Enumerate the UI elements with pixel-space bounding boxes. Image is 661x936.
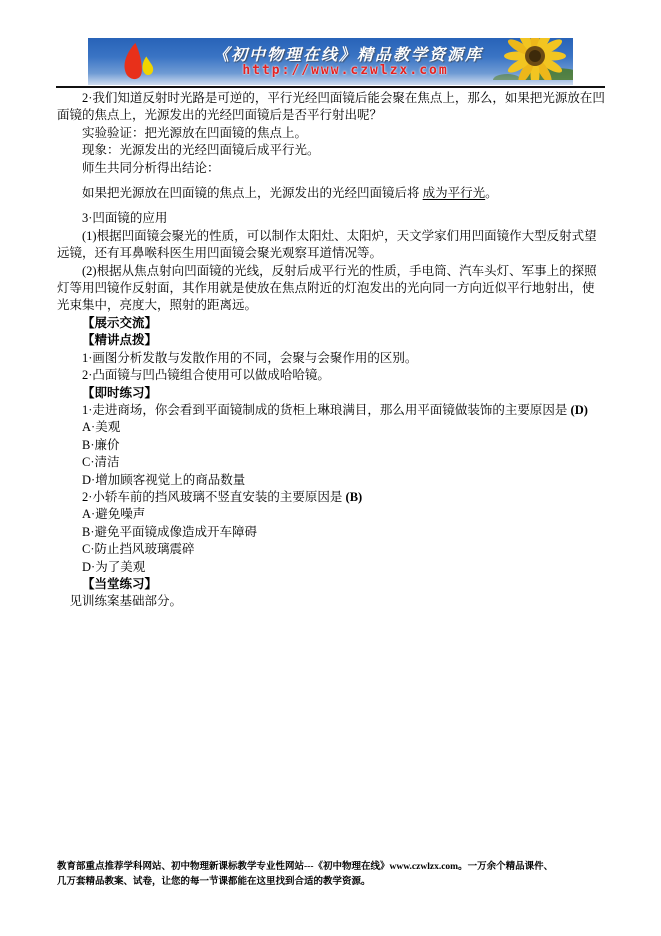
text-segment: 2·小轿车前的挡风玻璃不竖直安装的主要原因是 [82, 490, 346, 504]
banner-url: http://www.czwlzx.com [198, 63, 493, 78]
question-2-option-c: C·防止挡风玻璃震碎 [57, 541, 605, 558]
text-segment: B·廉价 [82, 438, 120, 452]
question-2-option-a: A·避免噪声 [57, 506, 605, 523]
text-segment: 。 [485, 186, 498, 200]
para-conclusion: 如果把光源放在凹面镜的焦点上，光源发出的光经凹面镜后将 成为平行光。 [57, 185, 605, 202]
text-segment: 见训练案基础部分。 [70, 594, 183, 608]
horizontal-rule [56, 86, 605, 88]
heading-zhanshi-jiaoliu: 【展示交流】 [57, 315, 605, 332]
question-1-option-c: C·清洁 [57, 454, 605, 471]
answer-letter: (D) [571, 403, 588, 417]
text-segment: 2·我们知道反射时光路是可逆的，平行光经凹面镜后能会聚在焦点上，那么，如果把光源… [57, 91, 605, 122]
text-segment: C·清洁 [82, 455, 120, 469]
text-segment: 1·画图分析发散与发散作用的不同，会聚与会聚作用的区别。 [82, 351, 417, 365]
text-segment: 3·凹面镜的应用 [82, 211, 167, 225]
heading-jingjiang-dianbo: 【精讲点拨】 [57, 332, 605, 349]
heading-jishi-lianxi: 【即时练习】 [57, 385, 605, 402]
question-1-option-b: B·廉价 [57, 437, 605, 454]
banner-title: 《初中物理在线》精品教学资源库 [188, 42, 508, 65]
text-segment: D·为了美观 [82, 560, 145, 574]
text-segment: 1·走进商场，你会看到平面镜制成的货柜上琳琅满目，那么用平面镜做装饰的主要原因是 [82, 403, 571, 417]
question-1: 1·走进商场，你会看到平面镜制成的货柜上琳琅满目，那么用平面镜做装饰的主要原因是… [57, 402, 605, 419]
sunflower-icon [477, 38, 573, 85]
text-segment: 如果把光源放在凹面镜的焦点上，光源发出的光经凹面镜后将 [82, 186, 423, 200]
text-segment: 【展示交流】 [82, 316, 157, 330]
text-segment: (2)根据从焦点射向凹面镜的光线，反射后成平行光的性质，手电筒、汽车头灯、军事上… [57, 264, 597, 313]
question-1-option-a: A·美观 [57, 419, 605, 436]
text-segment: B·避免平面镜成像造成开车障碍 [82, 525, 257, 539]
question-2: 2·小轿车前的挡风玻璃不竖直安装的主要原因是 (B) [57, 489, 605, 506]
text-segment: 实验验证：把光源放在凹面镜的焦点上。 [82, 126, 307, 140]
text-segment: D·增加顾客视觉上的商品数量 [82, 473, 245, 487]
question-2-option-b: B·避免平面镜成像造成开车障碍 [57, 524, 605, 541]
text-segment: 【当堂练习】 [82, 577, 157, 591]
text-segment: 【即时练习】 [82, 386, 157, 400]
text-segment: 师生共同分析得出结论： [82, 161, 220, 175]
heading-dangtang-lianxi: 【当堂练习】 [57, 576, 605, 593]
para-point-1: 1·画图分析发散与发散作用的不同，会聚与会聚作用的区别。 [57, 350, 605, 367]
footer: 教育部重点推荐学科网站、初中物理新课标教学专业性网站---《初中物理在线》www… [57, 860, 613, 890]
para-see-practice: 见训练案基础部分。 [57, 593, 605, 610]
para-application-2: (2)根据从焦点射向凹面镜的光线，反射后成平行光的性质，手电筒、汽车头灯、军事上… [57, 263, 605, 315]
para-question-intro: 2·我们知道反射时光路是可逆的，平行光经凹面镜后能会聚在焦点上，那么，如果把光源… [57, 90, 605, 125]
text-segment: (1)根据凹面镜会聚光的性质，可以制作太阳灶、太阳炉，天文学家们用凹面镜作大型反… [57, 229, 597, 260]
document-body: 2·我们知道反射时光路是可逆的，平行光经凹面镜后能会聚在焦点上，那么，如果把光源… [57, 90, 605, 611]
header-banner-image: 《初中物理在线》精品教学资源库 http://www.czwlzx.com [88, 38, 573, 85]
text-segment: C·防止挡风玻璃震碎 [82, 542, 195, 556]
para-application-title: 3·凹面镜的应用 [57, 210, 605, 227]
text-segment: 2·凸面镜与凹凸镜组合使用可以做成哈哈镜。 [82, 368, 330, 382]
para-point-2: 2·凸面镜与凹凸镜组合使用可以做成哈哈镜。 [57, 367, 605, 384]
text-segment: A·美观 [82, 420, 120, 434]
para-phenomenon: 现象：光源发出的光经凹面镜后成平行光。 [57, 142, 605, 159]
text-segment: 现象：光源发出的光经凹面镜后成平行光。 [82, 143, 320, 157]
para-analysis-lead: 师生共同分析得出结论： [57, 160, 605, 177]
question-2-option-d: D·为了美观 [57, 559, 605, 576]
para-experiment: 实验验证：把光源放在凹面镜的焦点上。 [57, 125, 605, 142]
answer-letter: (B) [346, 490, 363, 504]
footer-line-1: 教育部重点推荐学科网站、初中物理新课标教学专业性网站---《初中物理在线》www… [57, 860, 613, 875]
text-segment: 【精讲点拨】 [82, 333, 157, 347]
document-page: 《初中物理在线》精品教学资源库 http://www.czwlzx.com [0, 0, 661, 936]
para-application-1: (1)根据凹面镜会聚光的性质，可以制作太阳灶、太阳炉，天文学家们用凹面镜作大型反… [57, 228, 605, 263]
question-1-option-d: D·增加顾客视觉上的商品数量 [57, 472, 605, 489]
text-segment: A·避免噪声 [82, 507, 145, 521]
underlined-answer: 成为平行光 [423, 186, 486, 200]
footer-line-2: 几万套精品教案、试卷，让您的每一节课都能在这里找到合适的教学资源。 [57, 875, 613, 890]
flame-logo-icon [116, 42, 162, 85]
